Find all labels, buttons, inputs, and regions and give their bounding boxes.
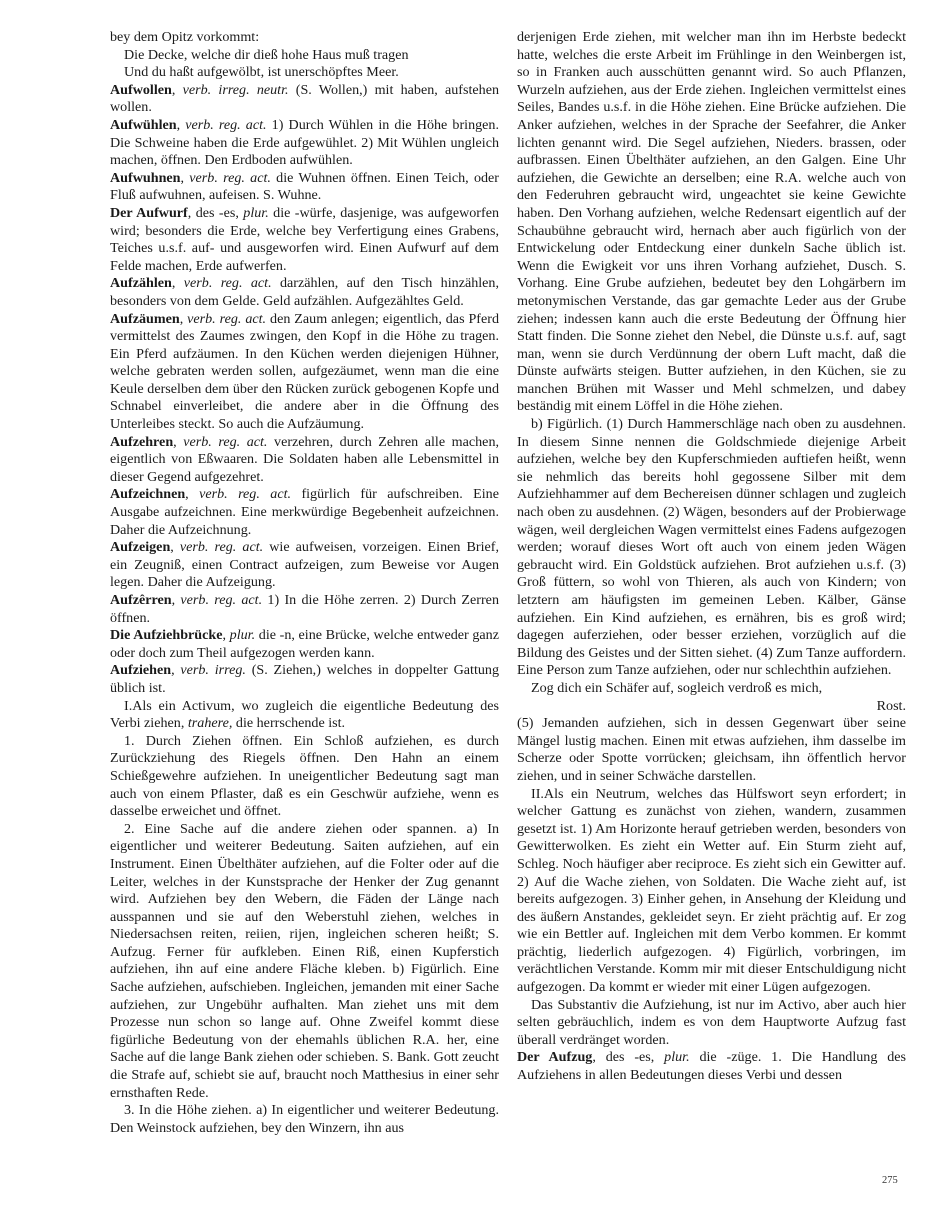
sense-paragraph: I.Als ein Activum, wo zugleich die eigen… bbox=[110, 698, 499, 733]
entry-aufzaeumen: Aufzäumen, verb. reg. act. den Zaum anle… bbox=[110, 311, 499, 434]
verse-line: Die Decke, welche dir dieß hohe Haus muß… bbox=[110, 47, 499, 65]
page-number: 275 bbox=[882, 1172, 898, 1190]
headword: Aufzehren bbox=[110, 434, 173, 450]
grammar-label: plur. bbox=[230, 627, 255, 643]
entry-aufziehen: Aufziehen, verb. irreg. (S. Ziehen,) wel… bbox=[110, 662, 499, 697]
entry-aufwuehlen: Aufwühlen, verb. reg. act. 1) Durch Wühl… bbox=[110, 117, 499, 170]
entry-aufzeigen: Aufzeigen, verb. reg. act. wie aufweisen… bbox=[110, 539, 499, 592]
entry-pre: , bbox=[222, 627, 229, 643]
entry-pre: , des -es, bbox=[188, 205, 244, 221]
headword: Aufzäumen bbox=[110, 311, 180, 327]
headword: Aufwollen bbox=[110, 82, 172, 98]
grammar-label: verb. reg. act. bbox=[185, 117, 266, 133]
verse-line: Zog dich ein Schäfer auf, sogleich verdr… bbox=[517, 680, 906, 698]
entry-aufzug: Der Aufzug, des -es, plur. die -züge. 1.… bbox=[517, 1049, 906, 1084]
entry-aufwollen: Aufwollen, verb. irreg. neutr. (S. Wolle… bbox=[110, 82, 499, 117]
entry-aufzaehlen: Aufzählen, verb. reg. act. darzählen, au… bbox=[110, 275, 499, 310]
headword: Aufzählen bbox=[110, 275, 172, 291]
sense-paragraph: 2. Eine Sache auf die andere ziehen oder… bbox=[110, 821, 499, 1103]
grammar-label: verb. reg. act. bbox=[199, 486, 291, 502]
entry-aufwurf: Der Aufwurf, des -es, plur. die -würfe, … bbox=[110, 205, 499, 275]
headword: Aufzêrren bbox=[110, 592, 172, 608]
latin-gloss: trahere, bbox=[188, 715, 233, 731]
grammar-label: verb. irreg. neutr. bbox=[183, 82, 289, 98]
entry-aufzeichnen: Aufzeichnen, verb. reg. act. figürlich f… bbox=[110, 486, 499, 539]
paragraph-text: die herrschende ist. bbox=[232, 715, 345, 731]
continuation-text: bey dem Opitz vorkommt: bbox=[110, 29, 499, 47]
grammar-label: plur. bbox=[664, 1049, 689, 1065]
grammar-label: verb. reg. act. bbox=[189, 170, 271, 186]
headword: Aufwühlen bbox=[110, 117, 177, 133]
entry-aufzehren: Aufzehren, verb. reg. act. verzehren, du… bbox=[110, 434, 499, 487]
grammar-label: verb. irreg. bbox=[180, 662, 246, 678]
right-column: derjenigen Erde ziehen, mit welcher man … bbox=[517, 29, 906, 1085]
grammar-label: verb. reg. act. bbox=[184, 275, 272, 291]
entry-pre: , des -es, bbox=[592, 1049, 664, 1065]
grammar-label: verb. reg. act. bbox=[180, 539, 263, 555]
dictionary-page: bey dem Opitz vorkommt: Die Decke, welch… bbox=[0, 0, 935, 1210]
headword: Der Aufwurf bbox=[110, 205, 188, 221]
headword: Der Aufzug bbox=[517, 1049, 592, 1065]
grammar-label: verb. reg. act. bbox=[183, 434, 267, 450]
entry-aufwuhnen: Aufwuhnen, verb. reg. act. die Wuhnen öf… bbox=[110, 170, 499, 205]
continuation-text: derjenigen Erde ziehen, mit welcher man … bbox=[517, 29, 906, 416]
headword: Die Aufziehbrücke bbox=[110, 627, 222, 643]
sense-paragraph: b) Figürlich. (1) Durch Hammerschläge na… bbox=[517, 416, 906, 680]
sense-paragraph: 3. In die Höhe ziehen. a) In eigentliche… bbox=[110, 1102, 499, 1137]
verse-attribution: Rost. bbox=[517, 698, 906, 716]
grammar-label: verb. reg. act. bbox=[187, 311, 266, 327]
headword: Aufziehen bbox=[110, 662, 171, 678]
headword: Aufzeigen bbox=[110, 539, 170, 555]
headword: Aufzeichnen bbox=[110, 486, 185, 502]
verse-line: Und du haßt aufgewölbt, ist unerschöpfte… bbox=[110, 64, 499, 82]
sense-paragraph: 1. Durch Ziehen öffnen. Ein Schloß aufzi… bbox=[110, 733, 499, 821]
entry-aufziehbruecke: Die Aufziehbrücke, plur. die -n, eine Br… bbox=[110, 627, 499, 662]
sense-paragraph: Das Substantiv die Aufziehung, ist nur i… bbox=[517, 997, 906, 1050]
left-column: bey dem Opitz vorkommt: Die Decke, welch… bbox=[110, 29, 499, 1137]
headword: Aufwuhnen bbox=[110, 170, 181, 186]
entry-body: den Zaum anlegen; eigentlich, das Pferd … bbox=[110, 311, 499, 433]
sense-paragraph: (5) Jemanden aufziehen, sich in dessen G… bbox=[517, 715, 906, 785]
grammar-label: verb. reg. act. bbox=[180, 592, 262, 608]
entry-aufzerren: Aufzêrren, verb. reg. act. 1) In die Höh… bbox=[110, 592, 499, 627]
grammar-label: plur. bbox=[243, 205, 268, 221]
sense-paragraph: II.Als ein Neutrum, welches das Hülfswor… bbox=[517, 786, 906, 997]
